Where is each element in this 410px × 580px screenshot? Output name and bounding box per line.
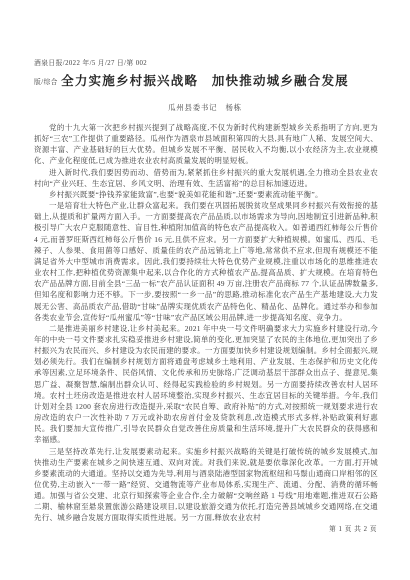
article-paragraph: 党的十九大第一次把乡村振兴提到了战略高度,不仅为新时代构建新型城乡关系指明了方向… [34,122,378,167]
article-title: 全力实施乡村振兴战略 加快推动城乡融合发展 [0,71,410,89]
article-paragraph: 一是培育壮大特色产业,让群众富起来。我们要在巩固拓展脱贫攻坚成果同乡村振兴有效衔… [34,200,378,323]
article-paragraph: 二是推进美丽乡村建设,让乡村美起来。2021 年中央一号文件明确要求大力实施乡村… [34,323,378,446]
article-paragraph: 乡村振兴既要“挣钱养家能致富”,也要“貌美如花能和谐”,还要“要素流动能平衡”。 [34,189,378,200]
source-line-1: 酒泉日报/2022 年/5 月/27 日/第 002 [34,60,147,67]
page-footer: 第 1 页 共 2 页 [329,523,377,533]
document-page: 酒泉日报/2022 年/5 月/27 日/第 002 版/综合 全力实施乡村振兴… [0,0,410,580]
article-paragraph: 进入新时代,我们要因势而动、借势而为,紧紧抓住乡村振兴的重大发展机遇,全力推动全… [34,167,378,189]
article-byline: 瓜州县委书记 杨栋 [0,102,410,113]
article-body: 党的十九大第一次把乡村振兴提到了战略高度,不仅为新时代构建新型城乡关系指明了方向… [34,122,378,524]
article-paragraph: 三是坚持改革先行,让发展要素动起来。实施乡村振兴战略的关键是打破传统的城乡发展模… [34,446,378,524]
